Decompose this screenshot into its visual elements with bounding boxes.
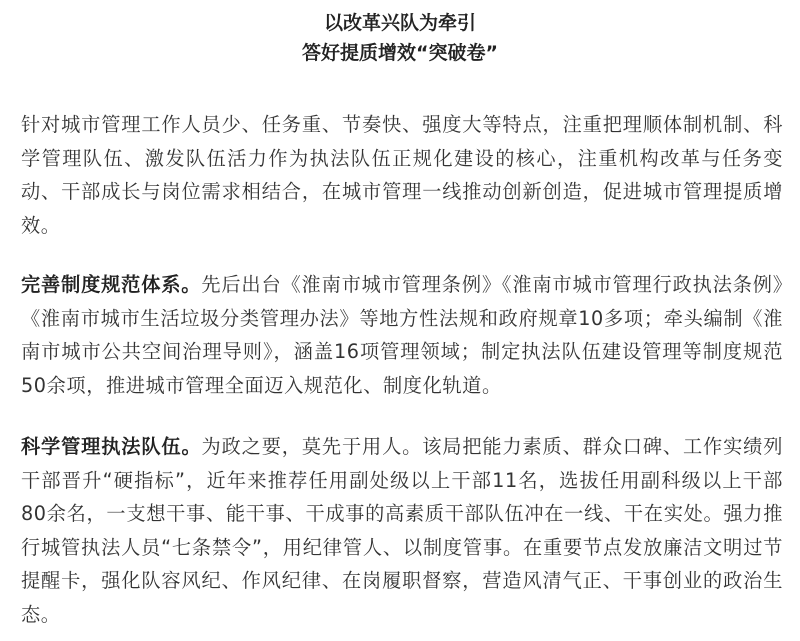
paragraph-team: 科学管理执法队伍。为政之要，莫先于用人。该局把能力素质、群众口碑、工作实绩列干部…	[21, 430, 783, 631]
paragraph-system: 完善制度规范体系。先后出台《淮南市城市管理条例》《淮南市城市管理行政执法条例》《…	[21, 268, 783, 402]
heading-line-2: 答好提质增效“突破卷”	[0, 38, 800, 68]
paragraph-intro: 针对城市管理工作人员少、任务重、节奏快、强度大等特点，注重把理顺体制机制、科学管…	[21, 108, 783, 242]
paragraph-text: 针对城市管理工作人员少、任务重、节奏快、强度大等特点，注重把理顺体制机制、科学管…	[21, 113, 783, 237]
heading-line-1: 以改革兴队为牵引	[0, 8, 800, 38]
paragraph-lead: 科学管理执法队伍。	[21, 435, 202, 458]
article-heading: 以改革兴队为牵引 答好提质增效“突破卷”	[0, 8, 800, 68]
paragraph-text: 为政之要，莫先于用人。该局把能力素质、群众口碑、工作实绩列干部晋升“硬指标”，近…	[21, 435, 783, 626]
paragraph-lead: 完善制度规范体系。	[21, 273, 201, 296]
